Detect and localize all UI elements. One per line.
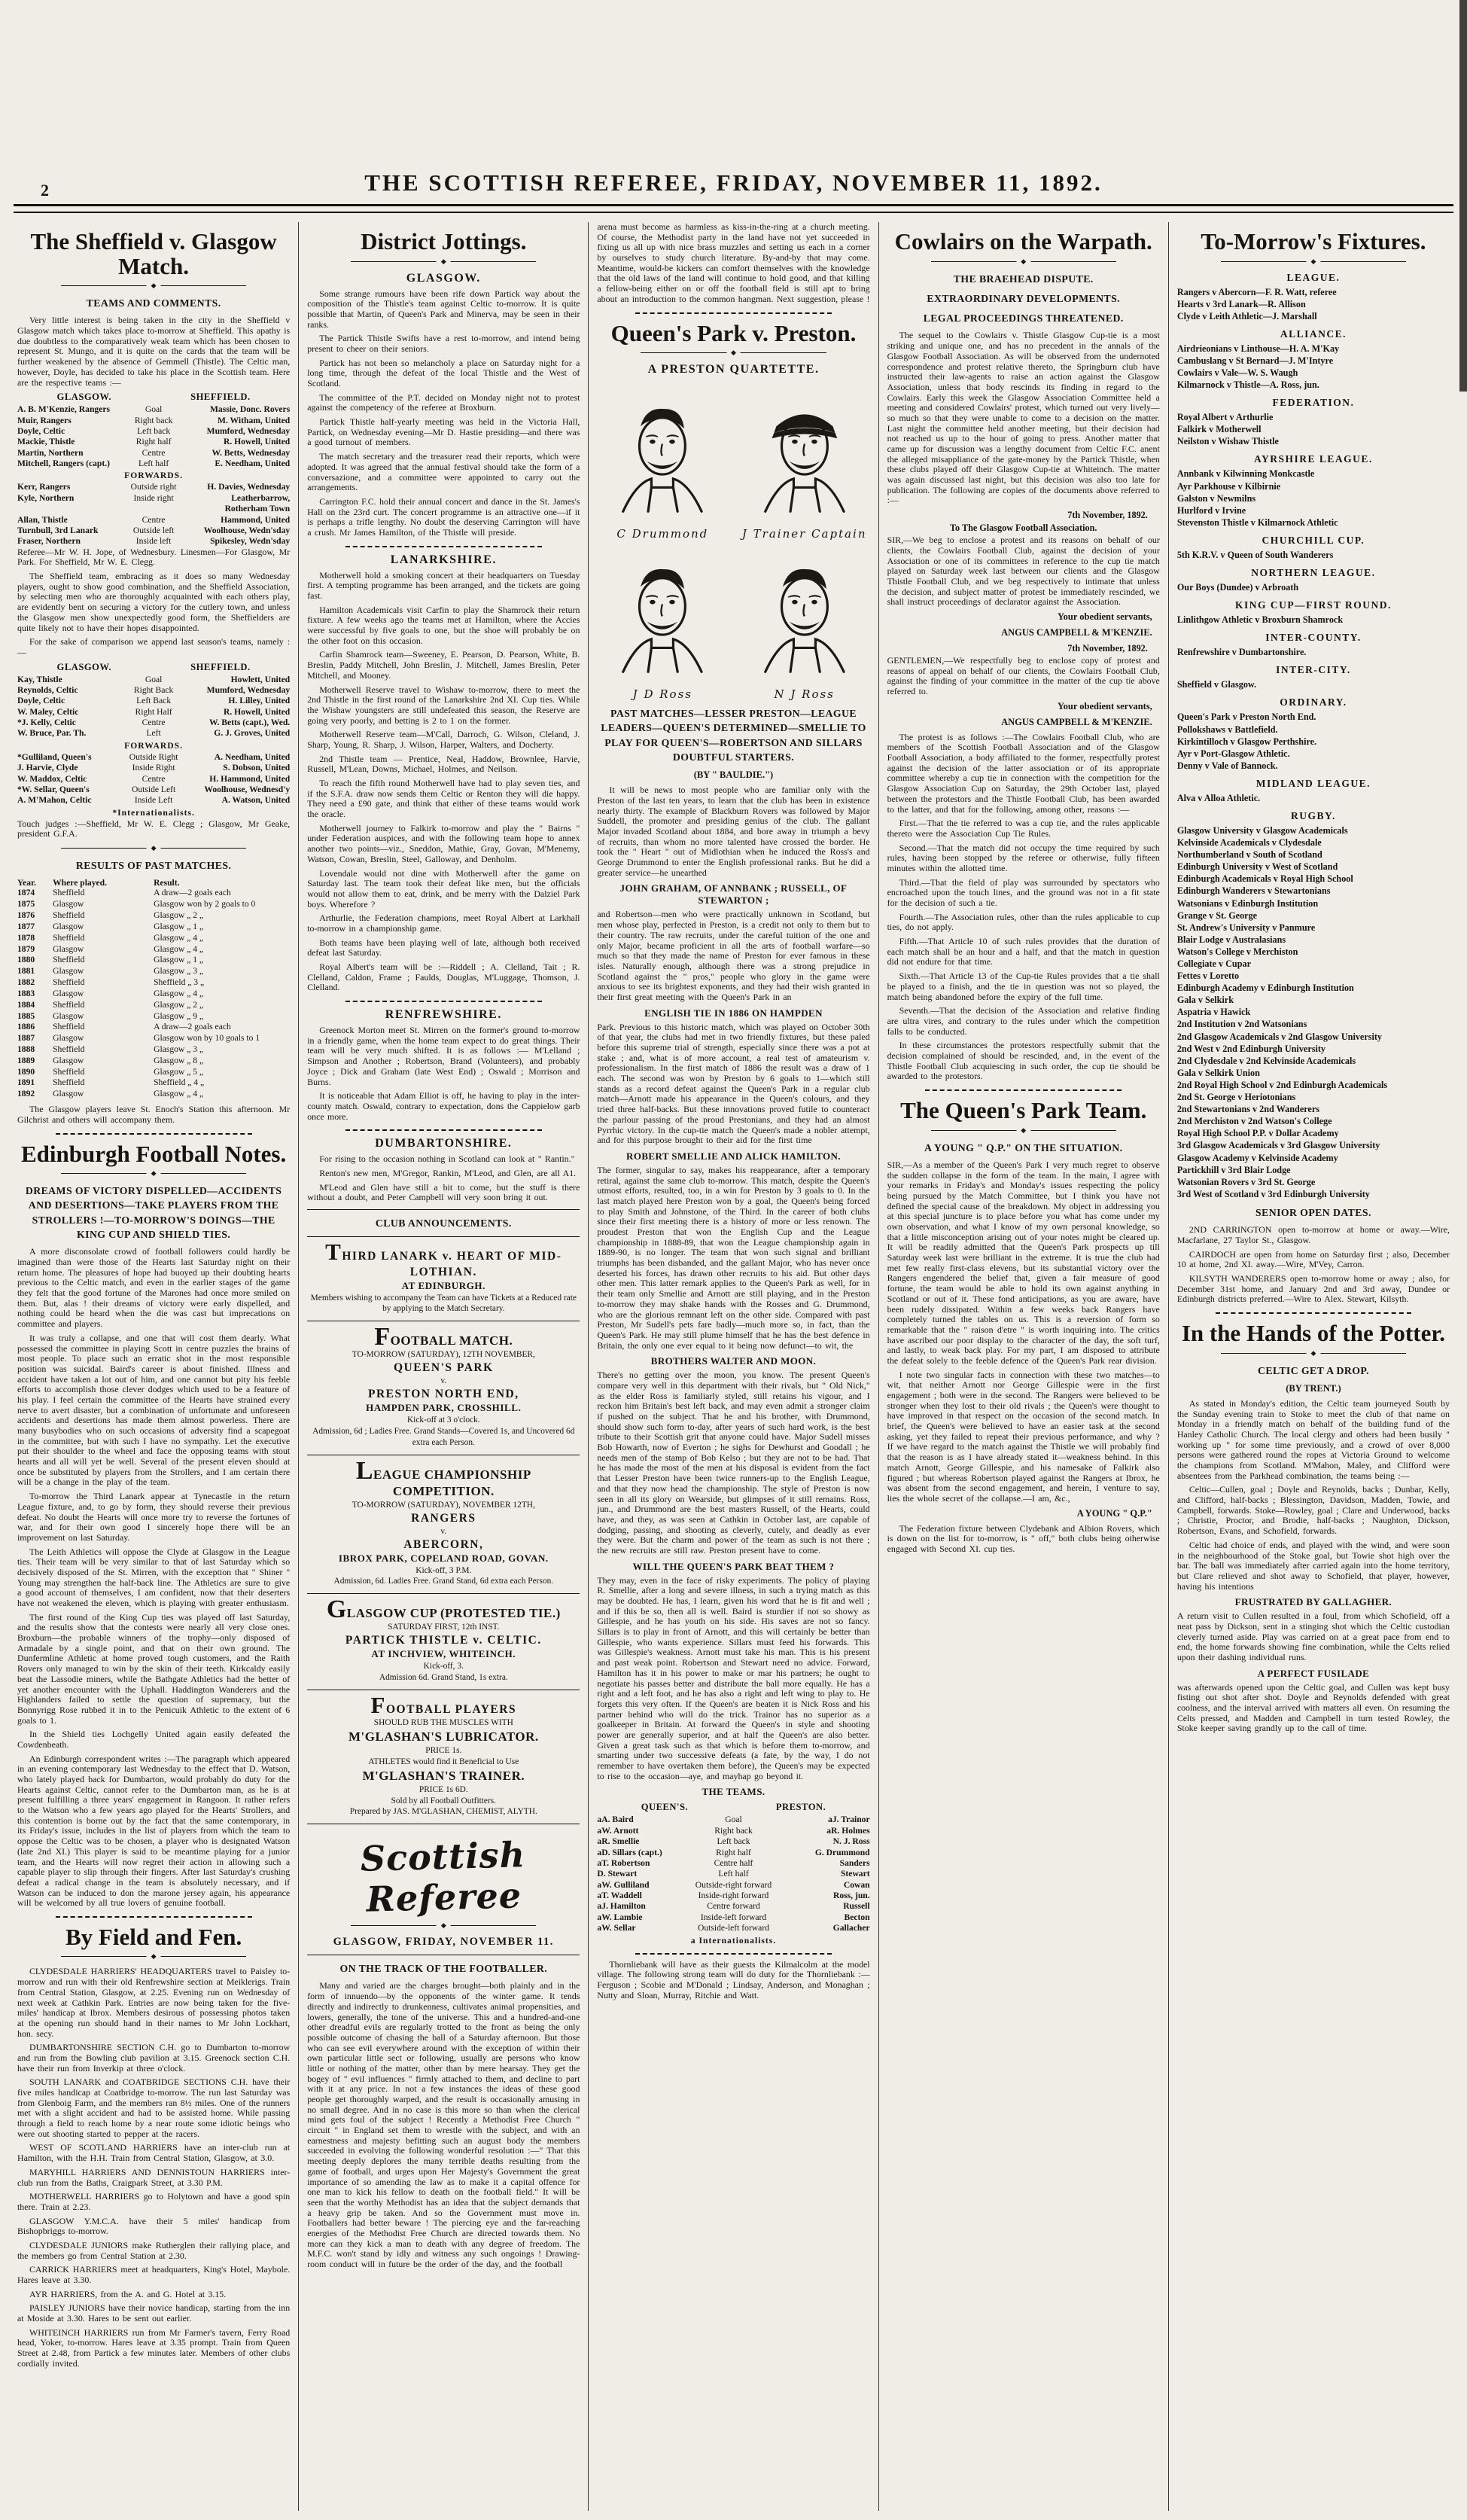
paragraph: Royal Albert's team will be :—Riddell ; …	[307, 962, 580, 993]
paragraph: Thornliebank will have as their guests t…	[597, 1960, 869, 2001]
article-subhead: DREAMS OF VICTORY DISPELLED—ACCIDENTS AN…	[20, 1184, 287, 1242]
table-cell: Glasgow	[53, 1033, 154, 1044]
table-row: 1889GlasgowGlasgow „ 8 „	[17, 1056, 290, 1067]
paragraph: CLYDESDALE JUNIORS make Rutherglen their…	[17, 2241, 290, 2261]
caps-line: a Internationalists.	[597, 1936, 869, 1946]
results-table-header-row: Year.Where played.Result.	[17, 878, 290, 888]
paragraph: WEST OF SCOTLAND HARRIERS have an inter-…	[17, 2143, 290, 2163]
table-cell: Sheffield „ 4 „	[154, 1077, 290, 1089]
paragraph: Second.—That the match did not occupy th…	[887, 843, 1160, 874]
team-row-position: Left back	[693, 1836, 774, 1847]
team-list-header-left: QUEEN'S.	[641, 1802, 688, 1813]
table-cell: Sheffield	[53, 933, 154, 944]
advert-line: PRICE 1s 6D.	[307, 1784, 580, 1796]
fixture-line: Blair Lodge v Australasians	[1177, 934, 1450, 946]
paragraph: As stated in Monday's edition, the Celti…	[1177, 1399, 1450, 1482]
article-headline: Queen's Park v. Preston.	[597, 321, 869, 346]
article-subhead: ON THE TRACK OF THE FOOTBALLER.	[310, 1961, 577, 1976]
team-row: J. Harvie, ClydeInside RightS. Dobson, U…	[17, 763, 290, 773]
paper-logo: Scottish Referee	[306, 1833, 581, 1921]
wavy-rule	[345, 1129, 542, 1131]
table-cell: Glasgow	[53, 966, 154, 977]
table-cell: A draw—2 goals each	[154, 888, 290, 899]
team-row-home: aW. Lambie	[597, 1912, 693, 1923]
team-list-header: QUEEN'S.PRESTON.	[597, 1802, 869, 1813]
team-row-away: S. Dobson, United	[193, 763, 290, 773]
team-row: aW. ArnottRight backaR. Holmes	[597, 1826, 869, 1836]
team-row-away: G. Drummond	[774, 1848, 870, 1858]
fixture-section-header: KING CUP—FIRST ROUND.	[1177, 599, 1450, 611]
fixture-line: Hearts v 3rd Lanark—R. Allison	[1177, 298, 1450, 310]
table-cell: 1875	[17, 899, 53, 910]
table-row: 1892GlasgowGlasgow „ 4 „	[17, 1089, 290, 1100]
table-cell: Glasgow	[53, 1011, 154, 1022]
paragraph: They may, even in the face of risky expe…	[597, 1576, 869, 1782]
table-cell: Sheffield	[53, 1044, 154, 1056]
fixture-line: Clyde v Leith Athletic—J. Marshall	[1177, 310, 1450, 322]
team-row-position: Goal	[114, 404, 194, 415]
paragraph: 2ND CARRINGTON open to-morrow at home or…	[1177, 1225, 1450, 1245]
player-portrait: J Trainer Captain	[739, 380, 870, 541]
edition-dateline: GLASGOW, FRIDAY, NOVEMBER 11.	[307, 1936, 580, 1949]
fixture-line: Falkirk v Motherwell	[1177, 423, 1450, 435]
newspaper-columns: The Sheffield v. Glasgow Match.◆TEAMS AN…	[0, 213, 1467, 2511]
fixture-line: Neilston v Wishaw Thistle	[1177, 435, 1450, 447]
table-cell: 1874	[17, 888, 53, 899]
table-row: 1882SheffieldSheffield „ 3 „	[17, 977, 290, 989]
paragraph: DUMBARTONSHIRE SECTION C.H. go to Dumbar…	[17, 2043, 290, 2074]
divider-diamond-icon: ◆	[1306, 1349, 1320, 1358]
team-row: W. Maley, CelticRight HalfR. Howell, Uni…	[17, 707, 290, 718]
fixture-line: Cowlairs v Vale—W. S. Waugh	[1177, 367, 1450, 379]
team-row: aR. SmellieLeft backN. J. Ross	[597, 1836, 869, 1847]
team-row: aT. RobertsonCentre halfSanders	[597, 1858, 869, 1869]
team-row-home: aD. Sillars (capt.)	[597, 1848, 693, 1858]
team-row: W. Bruce, Par. Th.LeftG. J. Groves, Unit…	[17, 728, 290, 739]
paragraph: The Partick Thistle Swifts have a rest t…	[307, 334, 580, 354]
fixture-line: Watsonian Rovers v 3rd St. George	[1177, 1176, 1450, 1188]
advert-line: Admission 6d. Grand Stand, 1s extra.	[307, 1672, 580, 1684]
team-row-position: Right back	[114, 416, 194, 426]
team-row-home: Reynolds, Celtic	[17, 685, 114, 696]
advert-line: ABERCORN,	[307, 1537, 580, 1553]
advert-line: Kick-off at 3 o'clock.	[307, 1415, 580, 1426]
newspaper-column-2: District Jottings.◆GLASGOW.Some strange …	[299, 222, 589, 2511]
article-headline: By Field and Fen.	[17, 1925, 290, 1950]
team-row-home: Muir, Rangers	[17, 416, 114, 426]
paragraph: For the sake of comparison we append las…	[17, 637, 290, 657]
team-row-away: Leatherbarrow, Rotherham Town	[193, 493, 290, 515]
team-row-home: aR. Smellie	[597, 1836, 693, 1847]
paragraph: Fifth.—That Article 10 of such rules pro…	[887, 937, 1160, 967]
paragraph: SIR,—We beg to enclose a protest and its…	[887, 535, 1160, 608]
table-row: 1875GlasgowGlasgow won by 2 goals to 0	[17, 899, 290, 910]
team-row-away: R. Howell, United	[193, 707, 290, 718]
paragraph: 2nd Thistle team — Prentice, Neal, Haddo…	[307, 754, 580, 775]
paragraph: Some strange rumours have been rife down…	[307, 289, 580, 331]
team-row-away: G. J. Groves, United	[193, 728, 290, 739]
team-row-home: Mitchell, Rangers (capt.)	[17, 459, 114, 469]
table-cell: 1892	[17, 1089, 53, 1100]
team-row-home: aT. Waddell	[597, 1891, 693, 1901]
fixture-line: Airdrieonians v Linthouse—H. A. M'Kay	[1177, 343, 1450, 355]
team-row-away: Sanders	[774, 1858, 870, 1869]
fixture-line: Cambuslang v St Bernard—J. M'Intyre	[1177, 355, 1450, 367]
section-label: DUMBARTONSHIRE.	[307, 1137, 580, 1150]
table-cell: 1887	[17, 1033, 53, 1044]
crosshead: A PERFECT FUSILADE	[1179, 1668, 1448, 1680]
fixture-line: Collegiate v Cupar	[1177, 958, 1450, 970]
article-subhead: TEAMS AND COMMENTS.	[20, 296, 287, 310]
paragraph: Celtic had choice of ends, and played wi…	[1177, 1540, 1450, 1592]
fixture-line: St. Andrew's University v Panmure	[1177, 922, 1450, 934]
fixture-line: 3rd Glasgow Academicals v 3rd Glasgow Un…	[1177, 1139, 1450, 1151]
team-row-home: A. M'Mahon, Celtic	[17, 795, 114, 806]
team-row-away: N. J. Ross	[774, 1836, 870, 1847]
paragraph: To reach the fifth round Motherwell have…	[307, 779, 580, 820]
divider-ornament: ◆	[307, 1921, 580, 1930]
table-cell: Sheffield	[53, 1067, 154, 1078]
paragraph: The Federation fixture between Clydebank…	[887, 1524, 1160, 1555]
crosshead: BROTHERS WALTER AND MOON.	[598, 1355, 868, 1367]
table-cell: 1879	[17, 944, 53, 955]
fixture-line: Edinburgh Wanderers v Stewartonians	[1177, 885, 1450, 897]
team-row-position: Goal	[693, 1815, 774, 1825]
player-portrait: C Drummond	[597, 380, 728, 541]
team-row-position: Inside right	[114, 493, 194, 515]
team-row-position: Inside left	[114, 536, 194, 547]
crosshead: WILL THE QUEEN'S PARK BEAT THEM ?	[598, 1561, 868, 1573]
team-row: aJ. HamiltonCentre forwardRussell	[597, 1901, 869, 1912]
wavy-rule	[925, 1089, 1122, 1091]
paragraph: Motherwell Reserve team—M'Call, Darroch,…	[307, 730, 580, 750]
masthead-rule	[14, 204, 1453, 213]
team-row-away: Ross, jun.	[774, 1891, 870, 1901]
fixture-line: Kelvinside Academicals v Clydesdale	[1177, 836, 1450, 849]
team-row-position: Centre	[114, 718, 194, 728]
fixture-line: Galston v Newmilns	[1177, 492, 1450, 504]
fixture-line: 2nd Glasgow Academicals v 2nd Glasgow Un…	[1177, 1031, 1450, 1043]
table-cell: 1884	[17, 1000, 53, 1011]
team-row-away: E. Needham, United	[193, 459, 290, 469]
paragraph: M'Leod and Glen have still a bit to come…	[307, 1183, 580, 1203]
team-row-home: Doyle, Celtic	[17, 426, 114, 437]
paragraph: Many and varied are the charges brought—…	[307, 1981, 580, 2269]
article-headline: The Queen's Park Team.	[887, 1099, 1160, 1123]
fixture-line: Edinburgh Academicals v Royal High Schoo…	[1177, 873, 1450, 885]
paragraph: Very little interest is being taken in t…	[17, 315, 290, 388]
team-row-away: Mumford, Wednesday	[193, 685, 290, 696]
wavy-rule	[635, 1953, 832, 1955]
portrait-grid: C DrummondJ Trainer CaptainJ D RossN J R…	[597, 380, 869, 701]
divider-diamond-icon: ◆	[1306, 257, 1320, 266]
fixture-line: 3rd West of Scotland v 3rd Edinburgh Uni…	[1177, 1188, 1450, 1200]
table-cell: Glasgow	[53, 989, 154, 1000]
table-cell: Sheffield „ 3 „	[154, 977, 290, 989]
divider-ornament: ◆	[17, 1169, 290, 1178]
advert: GLASGOW CUP (PROTESTED TIE.)SATURDAY FIR…	[307, 1600, 580, 1684]
table-row: 1891SheffieldSheffield „ 4 „	[17, 1077, 290, 1089]
table-cell: 1877	[17, 922, 53, 933]
centered-line: To The Glasgow Football Association.	[887, 523, 1160, 534]
team-row-home: W. Maddox, Celtic	[17, 774, 114, 785]
paragraph: I note two singular facts in connection …	[887, 1370, 1160, 1504]
team-row: Kerr, RangersOutside rightH. Davies, Wed…	[17, 482, 290, 492]
table-row: 1874SheffieldA draw—2 goals each	[17, 888, 290, 899]
fixture-line: 5th K.R.V. v Queen of South Wanderers	[1177, 549, 1450, 561]
player-portrait-sketch	[739, 541, 870, 693]
fixture-line: Watsonians v Edinburgh Institution	[1177, 897, 1450, 910]
advert-line: SATURDAY FIRST, 12th INST.	[307, 1622, 580, 1633]
team-row-away: Woolhouse, Wednesd'y	[193, 785, 290, 795]
table-cell: Sheffield	[53, 1077, 154, 1089]
player-portrait-sketch	[597, 380, 728, 533]
horizontal-rule	[307, 1209, 580, 1210]
team-row: *J. Kelly, CelticCentreW. Betts (capt.),…	[17, 718, 290, 728]
team-row-away: Spikesley, Wedn'sday	[193, 536, 290, 547]
fixture-section-header: ORDINARY.	[1177, 696, 1450, 708]
team-row-away: H. Hammond, United	[193, 774, 290, 785]
team-row-home: Doyle, Celtic	[17, 696, 114, 706]
team-row-away: aR. Holmes	[774, 1826, 870, 1836]
team-row-away: Stewart	[774, 1869, 870, 1879]
paragraph: GLASGOW Y.M.C.A. have their 5 miles' han…	[17, 2217, 290, 2237]
fixture-line: Royal Albert v Arthurlie	[1177, 411, 1450, 423]
paragraph: SIR,—As a member of the Queen's Park I v…	[887, 1160, 1160, 1367]
table-row: 1877GlasgowGlasgow „ 1 „	[17, 922, 290, 933]
fixture-line: Royal High School P.P. v Dollar Academy	[1177, 1127, 1450, 1139]
results-table-header: Where played.	[53, 878, 154, 888]
paragraph: PAISLEY JUNIORS have their novice handic…	[17, 2303, 290, 2323]
team-row-home: Turnbull, 3rd Lanark	[17, 526, 114, 536]
divider-diamond-icon: ◆	[147, 1952, 161, 1961]
fixture-line: Edinburgh University v West of Scotland	[1177, 861, 1450, 873]
team-row: Turnbull, 3rd LanarkOutside leftWoolhous…	[17, 526, 290, 536]
fixture-line: 2nd Royal High School v 2nd Edinburgh Ac…	[1177, 1079, 1450, 1091]
wavy-rule	[345, 1001, 542, 1002]
team-row-home: Allan, Thistle	[17, 515, 114, 526]
table-row: 1884SheffieldGlasgow „ 2 „	[17, 1000, 290, 1011]
portrait-caption: C Drummond	[597, 527, 728, 541]
advert-line: LEAGUE CHAMPIONSHIP COMPETITION.	[307, 1461, 580, 1500]
team-row-position: Right half	[114, 437, 194, 447]
paragraph: Celtic—Cullen, goal ; Doyle and Reynolds…	[1177, 1485, 1450, 1536]
table-cell: Glasgow	[53, 899, 154, 910]
fixture-section-header: NORTHERN LEAGUE.	[1177, 567, 1450, 579]
team-row: aD. Sillars (capt.)Right halfG. Drummond	[597, 1848, 869, 1858]
letter-dateline: 7th November, 1892.	[887, 510, 1160, 521]
newspaper-column-4: Cowlairs on the Warpath.◆THE BRAEHEAD DI…	[879, 222, 1169, 2511]
divider-diamond-icon: ◆	[147, 1169, 161, 1178]
table-cell: Glasgow „ 9 „	[154, 1011, 290, 1022]
fixture-section-header: INTER-CITY.	[1177, 664, 1450, 676]
team-row: *Gulliland, Queen'sOutside RightA. Needh…	[17, 752, 290, 763]
table-cell: Sheffield	[53, 910, 154, 922]
fixture-line: Rangers v Abercorn—F. R. Watt, referee	[1177, 286, 1450, 298]
table-row: 1887GlasgowGlasgow won by 10 goals to 1	[17, 1033, 290, 1044]
team-row-away: M. Witham, United	[193, 416, 290, 426]
paragraph: Motherwell Reserve travel to Wishaw to-m…	[307, 685, 580, 727]
wavy-rule	[56, 1133, 252, 1135]
team-row: aT. WaddellInside-right forwardRoss, jun…	[597, 1891, 869, 1901]
caps-line: *Internationalists.	[17, 808, 290, 818]
fixture-line: Renfrewshire v Dumbartonshire.	[1177, 646, 1450, 658]
table-cell: 1881	[17, 966, 53, 977]
team-row-position: Outside-right forward	[693, 1880, 774, 1891]
letter-dateline: 7th November, 1892.	[887, 643, 1160, 654]
fixture-line: Grange v St. George	[1177, 910, 1450, 922]
paragraph: Greenock Morton meet St. Mirren on the f…	[307, 1025, 580, 1087]
crosshead: ROBERT SMELLIE AND ALICK HAMILTON.	[598, 1150, 868, 1162]
team-row-position: Centre	[114, 774, 194, 785]
table-cell: Glasgow „ 3 „	[154, 1044, 290, 1056]
fixture-section-header: LEAGUE.	[1177, 272, 1450, 284]
table-cell: A draw—2 goals each	[154, 1022, 290, 1033]
table-cell: Glasgow	[53, 1089, 154, 1100]
paragraph: Renton's new men, M'Gregor, Rankin, M'Le…	[307, 1169, 580, 1179]
team-row: aW. SellarOutside-left forwardGallacher	[597, 1923, 869, 1933]
advert-line: GLASGOW CUP (PROTESTED TIE.)	[307, 1600, 580, 1622]
table-cell: 1882	[17, 977, 53, 989]
team-list-header-left: GLASGOW.	[57, 392, 111, 403]
table-row: 1880SheffieldGlasgow „ 1 „	[17, 955, 290, 966]
paragraph: The Leith Athletics will oppose the Clyd…	[17, 1547, 290, 1609]
horizontal-rule	[307, 1593, 580, 1594]
team-row-position: Left back	[114, 426, 194, 437]
team-row-away: H. Davies, Wednesday	[193, 482, 290, 492]
team-row-home: Fraser, Northern	[17, 536, 114, 547]
team-row-position: Centre half	[693, 1858, 774, 1869]
section-label: LANARKSHIRE.	[307, 553, 580, 567]
table-cell: Sheffield	[53, 955, 154, 966]
team-row: Martin, NorthernCentreW. Betts, Wednesda…	[17, 448, 290, 459]
fixture-line: 2nd St. George v Heriotonians	[1177, 1091, 1450, 1103]
team-row-position: Right Half	[114, 707, 194, 718]
paragraph: arena must become as harmless as kiss-in…	[597, 222, 869, 305]
table-cell: Glasgow won by 10 goals to 1	[154, 1033, 290, 1044]
team-row: D. StewartLeft halfStewart	[597, 1869, 869, 1879]
fixture-line: 2nd Clydesdale v 2nd Kelvinside Academic…	[1177, 1055, 1450, 1067]
team-row-away: Gallacher	[774, 1923, 870, 1933]
team-row-home: aT. Robertson	[597, 1858, 693, 1869]
team-row-away: aJ. Trainor	[774, 1815, 870, 1825]
team-row: W. Maddox, CelticCentreH. Hammond, Unite…	[17, 774, 290, 785]
team-list-header-right: SHEFFIELD.	[190, 662, 251, 673]
team-row-home: Martin, Northern	[17, 448, 114, 459]
team-row: Fraser, NorthernInside leftSpikesley, We…	[17, 536, 290, 547]
signature-line: ANGUS CAMPBELL & M'KENZIE.	[887, 627, 1152, 638]
divider-diamond-icon: ◆	[1016, 257, 1030, 266]
table-row: 1888SheffieldGlasgow „ 3 „	[17, 1044, 290, 1056]
team-row-position: Left half	[693, 1869, 774, 1879]
paragraph: It was truly a collapse, and one that wi…	[17, 1333, 290, 1488]
paragraph: A more disconsolate crowd of football fo…	[17, 1247, 290, 1330]
team-row: Mitchell, Rangers (capt.)Left halfE. Nee…	[17, 459, 290, 469]
paragraph: To-morrow the Third Lanark appear at Tyn…	[17, 1492, 290, 1543]
results-table-header: Year.	[17, 878, 53, 888]
article-headline: Cowlairs on the Warpath.	[887, 230, 1160, 254]
team-row-home: *W. Sellar, Queen's	[17, 785, 114, 795]
fixture-section-header: AYRSHIRE LEAGUE.	[1177, 453, 1450, 465]
table-cell: 1878	[17, 933, 53, 944]
paragraph: CLYDESDALE HARRIERS' HEADQUARTERS travel…	[17, 1967, 290, 2039]
team-list-header-right: PRESTON.	[776, 1802, 826, 1813]
article-subhead: CLUB ANNOUNCEMENTS.	[310, 1216, 577, 1230]
team-row-position: Outside right	[114, 482, 194, 492]
divider-diamond-icon: ◆	[726, 349, 741, 357]
wavy-rule	[635, 312, 832, 314]
fixture-line: Alva v Alloa Athletic.	[1177, 792, 1450, 804]
divider-diamond-icon: ◆	[1016, 1126, 1030, 1135]
table-cell: Glasgow	[53, 1056, 154, 1067]
table-cell: 1891	[17, 1077, 53, 1089]
table-cell: 1876	[17, 910, 53, 922]
paragraph: An Edinburgh correspondent writes :—The …	[17, 1754, 290, 1909]
paragraph: Hamilton Academicals visit Carfin to pla…	[307, 605, 580, 647]
fixture-line: Annbank v Kilwinning Monkcastle	[1177, 468, 1450, 480]
team-list-header: GLASGOW.SHEFFIELD.	[17, 662, 290, 673]
advert-line: M'GLASHAN'S TRAINER.	[307, 1768, 580, 1784]
signature-line: Your obedient servants,	[887, 611, 1152, 623]
paragraph: Touch judges :—Sheffield, Mr W. E. Clegg…	[17, 819, 290, 839]
advert-line: M'GLASHAN'S LUBRICATOR.	[307, 1729, 580, 1745]
team-row-away: Massie, Donc. Rovers	[193, 404, 290, 415]
section-label: RENFREWSHIRE.	[307, 1008, 580, 1022]
advert-line: Kick-off, 3 P.M.	[307, 1565, 580, 1577]
table-cell: Sheffield	[53, 977, 154, 989]
team-row-away: W. Betts, Wednesday	[193, 448, 290, 459]
table-cell: Glasgow „ 2 „	[154, 1000, 290, 1011]
signature-line: Your obedient servants,	[887, 701, 1152, 712]
team-row: aW. LambieInside-left forwardBecton	[597, 1912, 869, 1923]
table-cell: Glasgow won by 2 goals to 0	[154, 899, 290, 910]
advert: FOOTBALL PLAYERSSHOULD RUB THE MUSCLES W…	[307, 1696, 580, 1818]
team-row: Doyle, CelticLeft backMumford, Wednesday	[17, 426, 290, 437]
table-row: 1883GlasgowGlasgow „ 4 „	[17, 989, 290, 1000]
paragraph: Lovendale would not dine with Motherwell…	[307, 869, 580, 910]
advert-line: AT INCHVIEW, WHITEINCH.	[307, 1648, 580, 1661]
paragraph: Carrington F.C. hold their annual concer…	[307, 497, 580, 538]
article-subhead: LEGAL PROCEEDINGS THREATENED.	[890, 311, 1157, 325]
fixture-line: Kirkintilloch v Glasgow Perthshire.	[1177, 736, 1450, 748]
advert-line: Sold by all Football Outfitters.	[307, 1796, 580, 1807]
team-row: Doyle, CelticLeft BackH. Lilley, United	[17, 696, 290, 706]
divider-diamond-icon: ◆	[437, 1921, 451, 1930]
horizontal-rule	[307, 1824, 580, 1824]
scan-artifact	[1459, 0, 1467, 392]
team-row: Muir, RangersRight backM. Witham, United	[17, 416, 290, 426]
table-cell: Glasgow „ 4 „	[154, 1089, 290, 1100]
table-cell: Glasgow „ 5 „	[154, 1067, 290, 1078]
paragraph: Seventh.—That the decision of the Associ…	[887, 1006, 1160, 1037]
paragraph: Partick has not been so melancholy a pla…	[307, 358, 580, 389]
fixture-line: Gala v Selkirk Union	[1177, 1067, 1450, 1079]
crosshead: THE TEAMS.	[598, 1786, 868, 1798]
divider-ornament: ◆	[307, 257, 580, 266]
article-headline: The Sheffield v. Glasgow Match.	[17, 230, 290, 279]
wavy-rule	[56, 1916, 252, 1918]
byline: (BY " BAULDIE.")	[597, 769, 869, 781]
advert-line: PARTICK THISTLE v. CELTIC.	[307, 1633, 580, 1648]
table-cell: 1890	[17, 1067, 53, 1078]
paragraph: The match secretary and the treasurer re…	[307, 452, 580, 493]
fixture-line: 2nd Merchiston v 2nd Watson's College	[1177, 1115, 1450, 1127]
article-subhead: A YOUNG " Q.P." ON THE SITUATION.	[890, 1141, 1157, 1155]
team-row-home: W. Bruce, Par. Th.	[17, 728, 114, 739]
section-label: GLASGOW.	[307, 272, 580, 285]
table-cell: 1880	[17, 955, 53, 966]
paragraph: In the Shield ties Lochgelly United agai…	[17, 1729, 290, 1750]
